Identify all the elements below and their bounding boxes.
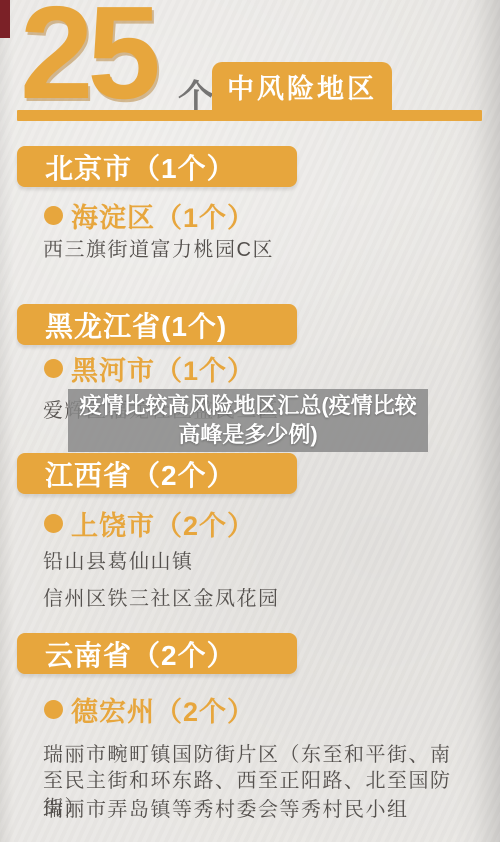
corner-accent-strip (0, 0, 10, 38)
area-item-xinzhou: 信州区铁三社区金凤花园 (43, 586, 471, 612)
province-banner-heilongjiang: 黑龙江省(1个) (17, 304, 297, 345)
city-bullet-row-heihe: 黑河市（1个） (44, 353, 255, 383)
article-title-overlay: 疫情比较高风险地区汇总(疫情比较 高峰是多少例) (68, 389, 428, 452)
overlay-title-line2: 高峰是多少例) (178, 421, 317, 449)
area-item-xisanqi: 西三旗街道富力桃园C区 (43, 237, 471, 263)
bullet-dot-icon (44, 514, 63, 533)
bullet-dot-icon (44, 359, 63, 378)
city-label: 黑河市（1个） (71, 349, 255, 388)
province-banner-yunnan: 云南省（2个） (17, 633, 297, 674)
total-count: 25 (20, 0, 155, 119)
city-label: 德宏州（2个） (71, 690, 255, 729)
city-label: 上饶市（2个） (71, 504, 255, 543)
province-banner-beijing: 北京市（1个） (17, 146, 297, 187)
city-bullet-row-dehong: 德宏州（2个） (44, 694, 255, 724)
city-bullet-row-haidian: 海淀区（1个） (44, 200, 255, 230)
area-item-qianshan: 铅山县葛仙山镇 (43, 549, 471, 575)
area-item-nongdao: 瑞丽市弄岛镇等秀村委会等秀村民小组 (43, 797, 471, 823)
bullet-dot-icon (44, 700, 63, 719)
header-divider-bar (17, 110, 482, 121)
city-bullet-row-shangrao: 上饶市（2个） (44, 508, 255, 538)
city-label: 海淀区（1个） (71, 196, 255, 235)
infographic-poster: 25 个 中风险地区 北京市（1个） 海淀区（1个） 西三旗街道富力桃园C区 黑… (0, 0, 500, 842)
province-banner-jiangxi: 江西省（2个） (17, 453, 297, 494)
risk-level-tab: 中风险地区 (212, 62, 392, 111)
bullet-dot-icon (44, 206, 63, 225)
overlay-title-line1: 疫情比较高风险地区汇总(疫情比较 (79, 392, 416, 420)
